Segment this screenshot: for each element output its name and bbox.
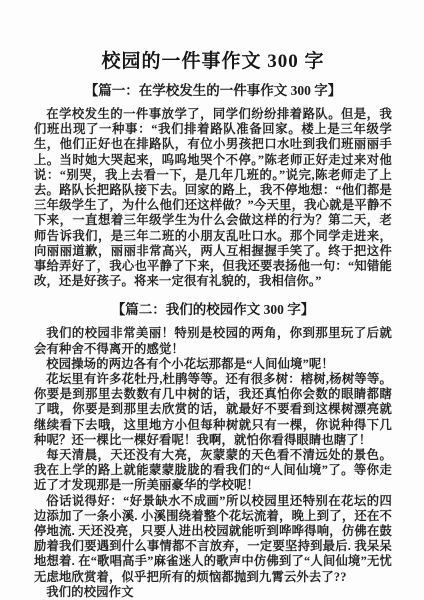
section-1-body: 在学校发生的一件事放学了，同学们纷纷排着路队。但是，我们班出现了一种事：“我们排… (34, 107, 392, 289)
document-page: 校园的一件事作文 300 字 【篇一：在学校发生的一件事作文 300 字】 在学… (0, 0, 424, 600)
section-heading-2: 【篇二：我们的校园作文 300 字】 (34, 298, 392, 318)
paragraph: 花坛里有许多花牡丹,杜鹃等等。还有很多树：榕树,杨树等等。你要是到那里去数数有几… (34, 372, 392, 448)
section-heading-1: 【篇一：在学校发生的一件事作文 300 字】 (34, 79, 392, 99)
section-2-body: 我们的校园非常美丽！特别是校园的两角，你到那里玩了后就会有种舍不得离开的感觉！ … (34, 326, 392, 600)
paragraph: 我们的校园非常美丽！特别是校园的两角，你到那里玩了后就会有种舍不得离开的感觉！ (34, 326, 392, 356)
paragraph: 校园操场的两边各有个小花坛那都是“人间仙境”呢！ (34, 357, 392, 372)
paragraph: 俗话说得好：“好景缺水不成画”所以校园里还特别在花坛的四边添加了一条小溪. 小溪… (34, 494, 392, 585)
essay-title: 校园的一件事作文 300 字 (34, 46, 392, 73)
paragraph: 我们的校园作文 (34, 585, 392, 600)
paragraph: 每天清晨，天还没有大亮，灰蒙蒙的天色看不清远处的景色。我在上学的路上就能蒙蒙胧胧… (34, 448, 392, 494)
paragraph: 在学校发生的一件事放学了，同学们纷纷排着路队。但是，我们班出现了一种事：“我们排… (34, 107, 392, 289)
